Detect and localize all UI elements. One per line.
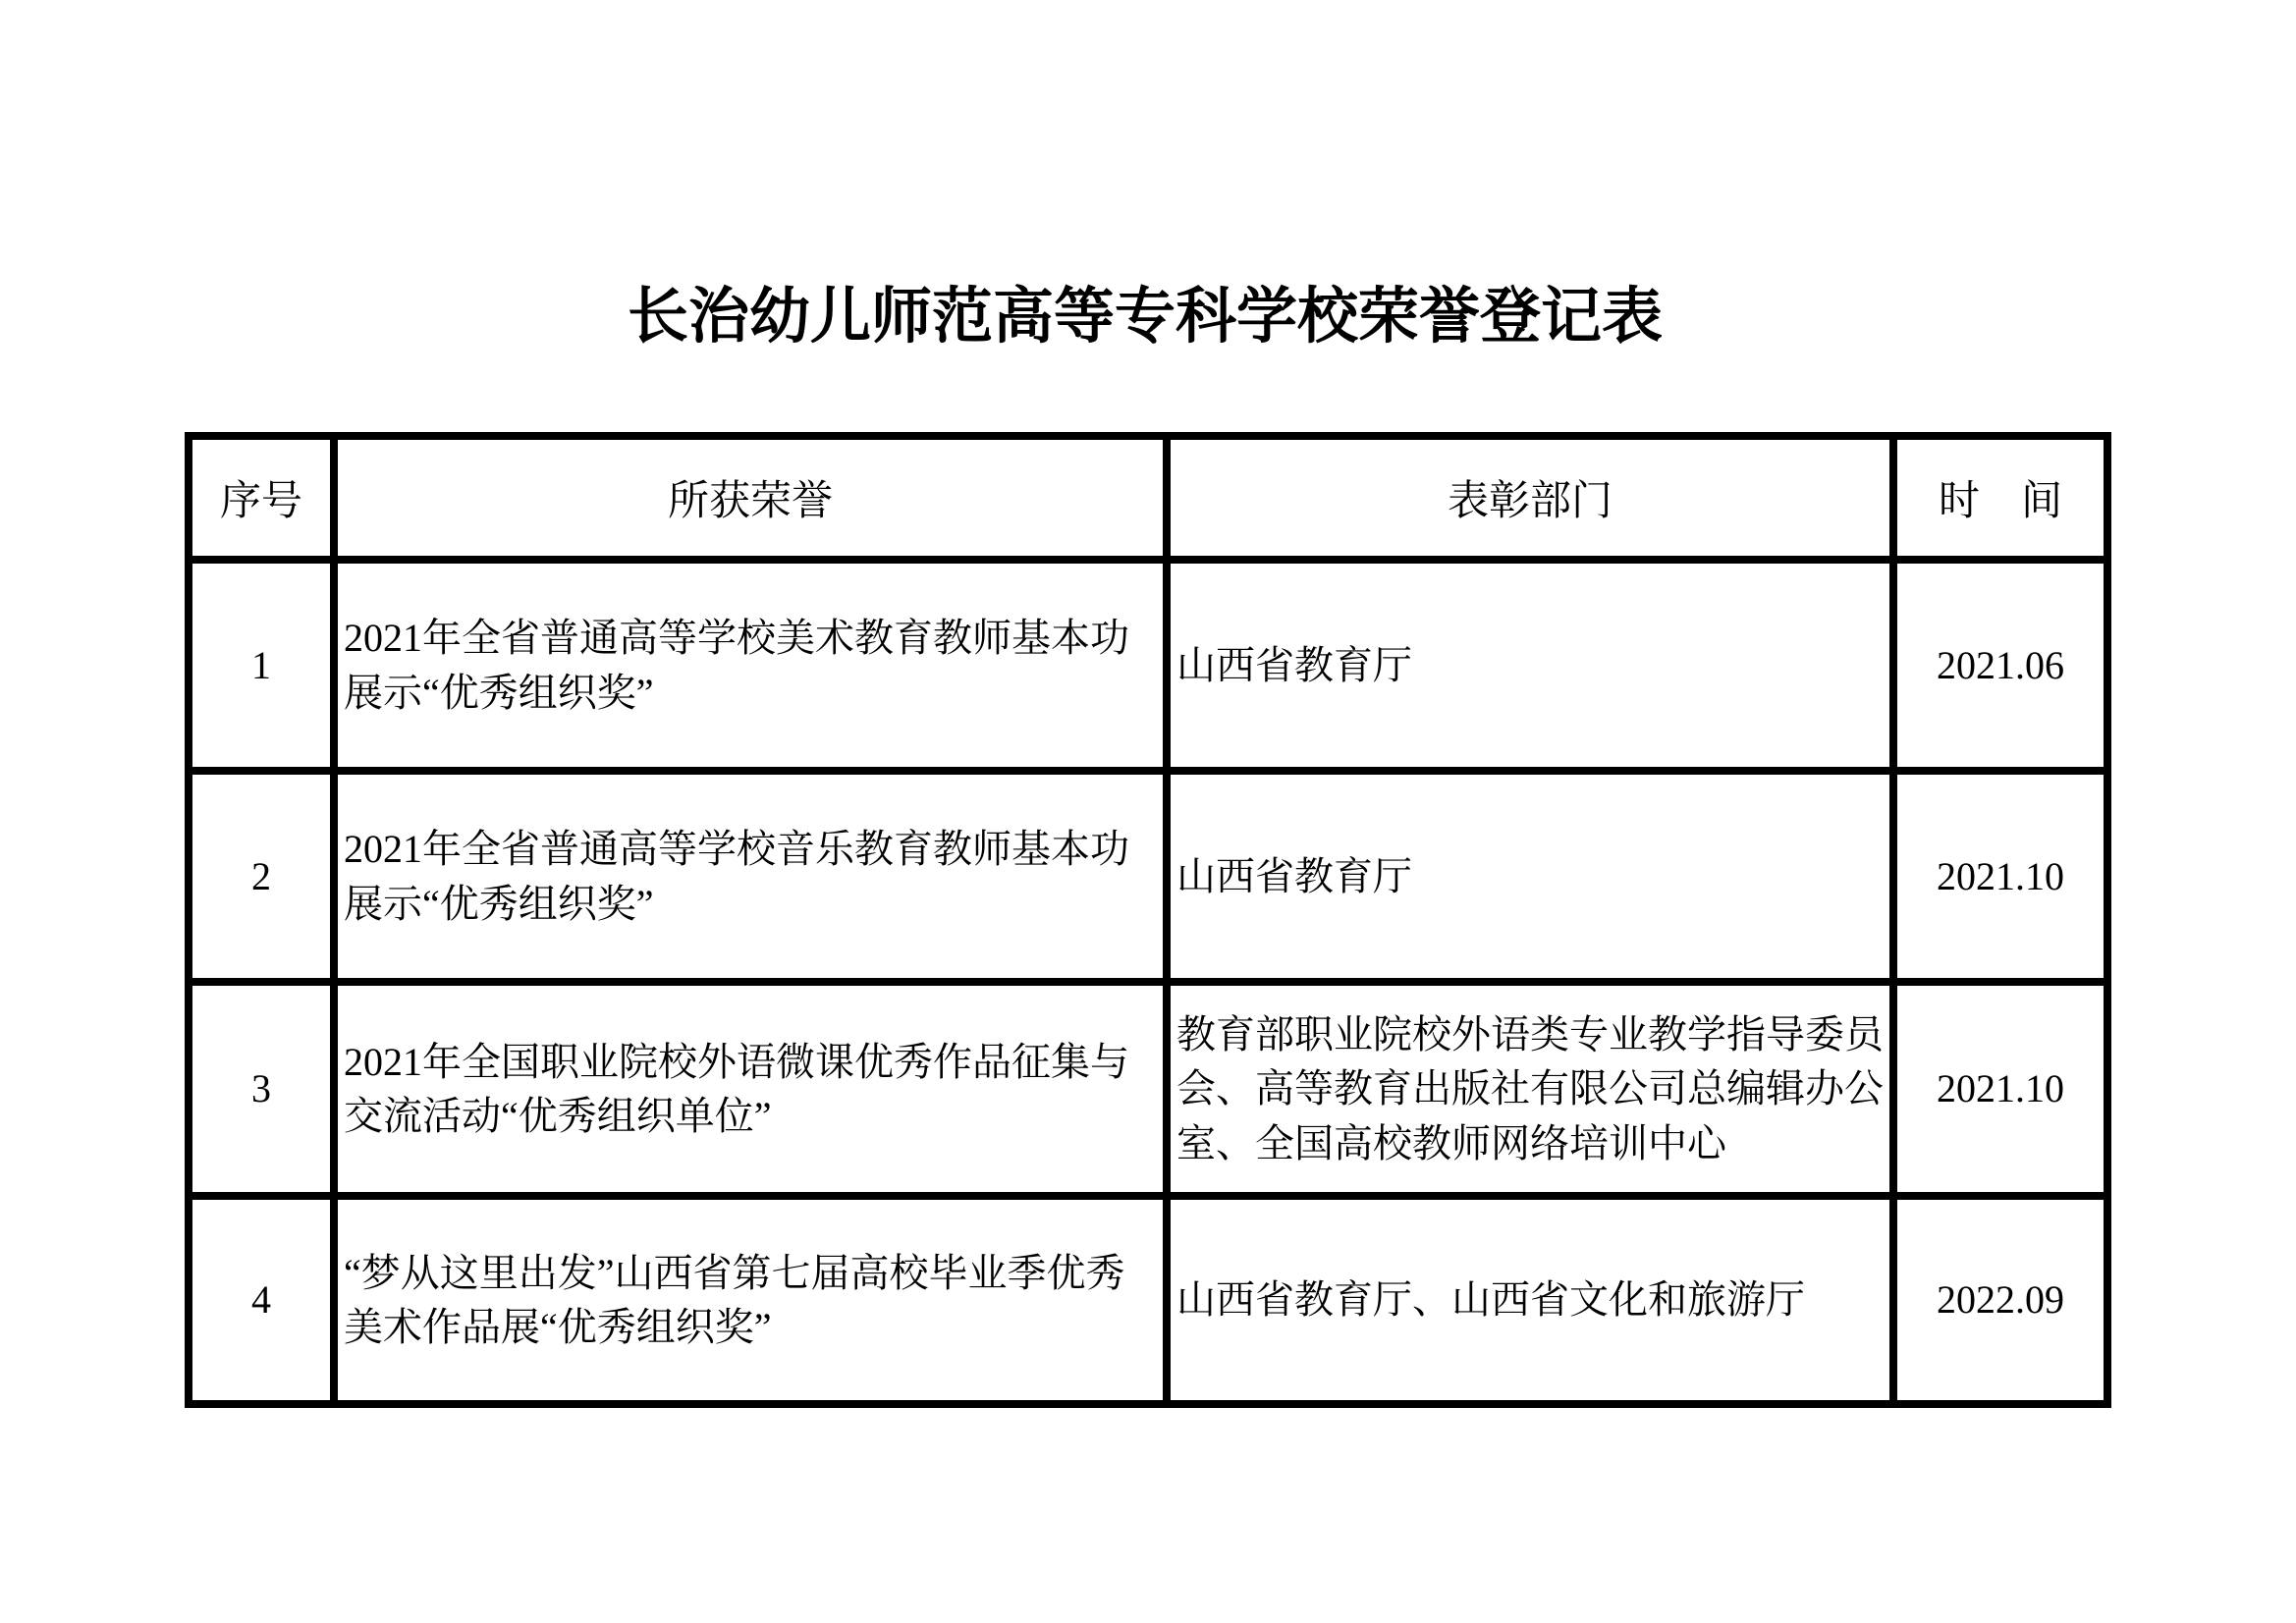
header-cell-date: 时 间 — [1893, 436, 2107, 560]
document-page: 长治幼儿师范高等专科学校荣誉登记表 序号 所获荣誉 表彰部门 时 间 1 202… — [0, 0, 2296, 1623]
header-cell-honor: 所获荣誉 — [334, 436, 1167, 560]
honor-text: “梦从这里出发”山西省第七届高校毕业季优秀美术作品展“优秀组织奖” — [334, 1196, 1167, 1404]
department-text: 山西省教育厅 — [1167, 771, 1893, 982]
honor-table: 序号 所获荣誉 表彰部门 时 间 1 2021年全省普通高等学校美术教育教师基本… — [185, 432, 2111, 1408]
header-cell-department: 表彰部门 — [1167, 436, 1893, 560]
honor-text: 2021年全国职业院校外语微课优秀作品征集与交流活动“优秀组织单位” — [334, 982, 1167, 1196]
honor-text: 2021年全省普通高等学校音乐教育教师基本功展示“优秀组织奖” — [334, 771, 1167, 982]
table-header-row: 序号 所获荣誉 表彰部门 时 间 — [189, 436, 2107, 560]
row-index: 2 — [189, 771, 334, 982]
date-text: 2021.06 — [1893, 560, 2107, 771]
date-text: 2021.10 — [1893, 771, 2107, 982]
table-row: 3 2021年全国职业院校外语微课优秀作品征集与交流活动“优秀组织单位” 教育部… — [189, 982, 2107, 1196]
header-cell-index: 序号 — [189, 436, 334, 560]
date-text: 2021.10 — [1893, 982, 2107, 1196]
department-text: 山西省教育厅 — [1167, 560, 1893, 771]
row-index: 4 — [189, 1196, 334, 1404]
department-text: 山西省教育厅、山西省文化和旅游厅 — [1167, 1196, 1893, 1404]
honor-text: 2021年全省普通高等学校美术教育教师基本功展示“优秀组织奖” — [334, 560, 1167, 771]
department-text: 教育部职业院校外语类专业教学指导委员会、高等教育出版社有限公司总编辑办公室、全国… — [1167, 982, 1893, 1196]
row-index: 1 — [189, 560, 334, 771]
table-row: 4 “梦从这里出发”山西省第七届高校毕业季优秀美术作品展“优秀组织奖” 山西省教… — [189, 1196, 2107, 1404]
date-text: 2022.09 — [1893, 1196, 2107, 1404]
page-title: 长治幼儿师范高等专科学校荣誉登记表 — [185, 267, 2105, 354]
row-index: 3 — [189, 982, 334, 1196]
table-row: 2 2021年全省普通高等学校音乐教育教师基本功展示“优秀组织奖” 山西省教育厅… — [189, 771, 2107, 982]
table-row: 1 2021年全省普通高等学校美术教育教师基本功展示“优秀组织奖” 山西省教育厅… — [189, 560, 2107, 771]
